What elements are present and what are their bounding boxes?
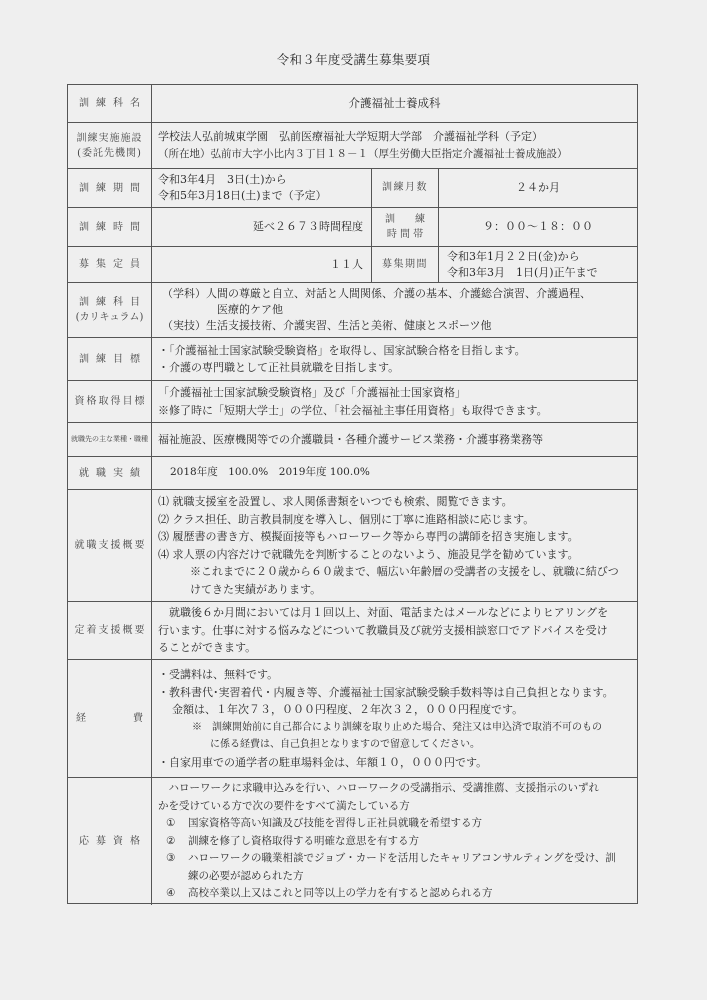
- label-curriculum: 訓練科目 (カリキュラム): [68, 283, 152, 337]
- row-jobs: 就職先の主な業種・職種 福祉施設、医療機関等での介護職員・各種介護サービス業務・…: [68, 422, 637, 456]
- label-facility-line2: (委託先機関): [77, 146, 142, 161]
- period-end: 令和5年3月18日(土)まで（予定）: [158, 188, 371, 204]
- row-capacity: 募集定員 １１人 募集期間 令和3年1月２２日(金)から 令和3年3月 1日(月…: [68, 246, 637, 282]
- value-retention: 就職後６か月間においては月１回以上、対面、電話またはメールなどによりヒアリングを…: [152, 602, 637, 659]
- curriculum-line: （学科）人間の尊厳と自立、対話と人間関係、介護の基本、介護総合演習、介護過程、: [162, 286, 631, 302]
- label-costs-left: 経: [76, 711, 86, 726]
- facility-name: 学校法人弘前城東学園 弘前医療福祉大学短期大学部 介護福祉学科（予定）: [158, 128, 631, 146]
- eligibility-intro: かを受けている方で次の要件をすべて満たしている方: [158, 798, 631, 816]
- goal-item: ・「介護福祉士国家試験受験資格」を取得し、国家試験合格を目指します。: [158, 342, 631, 360]
- support-note: ※これまでに２０歳から６０歳まで、幅広い年齢層の受講者の支援をし、就職に結びつ: [158, 563, 631, 581]
- eligibility-item: ④高校卒業以上又はこれと同等以上の学力を有すると認められる方: [158, 885, 631, 903]
- cost-amount: 金額は、１年次７３，０００円程度、２年次３２，０００円程度です。: [158, 701, 631, 719]
- recruit-start: 令和3年1月２２日(金)から: [447, 249, 637, 265]
- row-facility: 訓練実施施設 (委託先機関) 学校法人弘前城東学園 弘前医療福祉大学短期大学部 …: [68, 122, 637, 168]
- row-costs: 経 費 ・受講料は、無料です。 ・教科書代･実習着代・内履き等、介護福祉士国家試…: [68, 659, 637, 777]
- page-title: 令和３年度受講生募集要項: [0, 50, 707, 68]
- eligibility-text: 国家資格等高い知識及び技能を習得し正社員就職を希望する方: [188, 817, 482, 829]
- label-timeslot-line1: 訓 練: [385, 212, 425, 227]
- period-start: 令和3年4月 3日(土)から: [158, 172, 371, 188]
- label-goals: 訓練目標: [68, 338, 152, 380]
- eligibility-text: 高校卒業以上又はこれと同等以上の学力を有すると認められる方: [188, 887, 493, 899]
- value-course-name: 介護福祉士養成科: [152, 85, 637, 122]
- support-item: ⑵ クラス担任、助言教員制度を導入し、個別に丁寧に進路相談に応じます。: [158, 511, 631, 529]
- row-job-support: 就職支援概要 ⑴ 就職支援室を設置し、求人関係書類をいつでも検索、閲覧できます。…: [68, 489, 637, 601]
- value-results: 2018年度 100.0% 2019年度 100.0%: [152, 457, 637, 489]
- value-costs: ・受講料は、無料です。 ・教科書代･実習着代・内履き等、介護福祉士国家試験受験手…: [152, 660, 637, 777]
- curriculum-line: （実技）生活支援技術、介護実習、生活と美術、健康とスポーツ他: [162, 318, 631, 334]
- row-retention: 定着支援概要 就職後６か月間においては月１回以上、対面、電話またはメールなどによ…: [68, 601, 637, 659]
- eligibility-num: ①: [166, 815, 188, 833]
- label-months: 訓練月数: [372, 169, 439, 207]
- label-retention: 定着支援概要: [68, 602, 152, 659]
- eligibility-text: ハローワークの職業相談でジョブ・カードを活用したキャリアコンサルティングを受け、…: [188, 852, 616, 864]
- support-note: けてきた実績があります。: [158, 581, 631, 599]
- curriculum-text: 人間の尊厳と自立、対話と人間関係、介護の基本、介護総合演習、介護過程、: [206, 287, 591, 300]
- row-hours: 訓練時間 延べ２６７３時間程度 訓 練 時 間 帯 ９：００～１８：００: [68, 207, 637, 246]
- curriculum-tag: （実技）: [162, 319, 206, 332]
- eligibility-num: ④: [166, 885, 188, 903]
- cost-note: に係る経費は、自己負担となりますので留意してください。: [158, 736, 631, 754]
- support-item: ⑴ 就職支援室を設置し、求人関係書類をいつでも検索、閲覧できます。: [158, 493, 631, 511]
- retention-line: 就職後６か月間においては月１回以上、対面、電話またはメールなどによりヒアリングを: [158, 604, 631, 622]
- label-results: 就職実績: [68, 457, 152, 489]
- curriculum-line: 医療的ケア他: [162, 302, 631, 318]
- label-qualifications: 資格取得目標: [68, 381, 152, 422]
- cost-line: ・自家用車での通学者の駐車場料金は、年額１０，０００円です。: [158, 754, 631, 772]
- label-recruit-period: 募集期間: [372, 247, 439, 282]
- value-timeslot: ９：００～１８：００: [439, 208, 637, 246]
- label-facility-line1: 訓練実施施設: [77, 131, 143, 146]
- row-qualifications: 資格取得目標 「介護福祉士国家試験受験資格」及び「介護福祉士国家資格」 ※修了時…: [68, 380, 637, 422]
- eligibility-item: ②訓練を修了し資格取得する明確な意思を有する方: [158, 833, 631, 851]
- label-period: 訓練期間: [68, 169, 152, 207]
- qualification-line: 「介護福祉士国家試験受験資格」及び「介護福祉士国家資格」: [158, 384, 631, 402]
- label-costs-right: 費: [133, 711, 143, 726]
- row-goals: 訓練目標 ・「介護福祉士国家試験受験資格」を取得し、国家試験合格を目指します。 …: [68, 337, 637, 380]
- value-period: 令和3年4月 3日(土)から 令和5年3月18日(土)まで（予定）: [152, 169, 372, 207]
- value-capacity: １１人: [152, 247, 372, 282]
- row-course-name: 訓練科名 介護福祉士養成科: [68, 85, 637, 122]
- cost-line: ・受講料は、無料です。: [158, 666, 631, 684]
- value-goals: ・「介護福祉士国家試験受験資格」を取得し、国家試験合格を目指します。 ・介護の専…: [152, 338, 637, 380]
- label-facility: 訓練実施施設 (委託先機関): [68, 123, 152, 168]
- row-eligibility: 応募資格 ハローワークに求職申込みを行い、ハローワークの受講指示、受講推薦、支援…: [68, 777, 637, 905]
- facility-address: （所在地）弘前市大字小比内３丁目１８－１（厚生労働大臣指定介護福祉士養成施設）: [158, 146, 631, 164]
- curriculum-tag: （学科）: [162, 287, 206, 300]
- label-curriculum-line1: 訓練科目: [72, 295, 147, 310]
- value-qualifications: 「介護福祉士国家試験受験資格」及び「介護福祉士国家資格」 ※修了時に「短期大学士…: [152, 381, 637, 422]
- goal-item: ・介護の専門職として正社員就職を目指します。: [158, 359, 631, 377]
- label-costs: 経 費: [68, 660, 152, 777]
- eligibility-num: ②: [166, 833, 188, 851]
- qualification-line: ※修了時に「短期大学士」の学位、「社会福祉主事任用資格」も取得できます。: [158, 402, 631, 420]
- value-hours: 延べ２６７３時間程度: [152, 208, 372, 246]
- retention-line: 行います。仕事に対する悩みなどについて教職員及び就労支援相談窓口でアドバイスを受…: [158, 622, 631, 640]
- support-item: ⑷ 求人票の内容だけで就職先を判断することのないよう、施設見学を勧めています。: [158, 546, 631, 564]
- value-recruit-period: 令和3年1月２２日(金)から 令和3年3月 1日(月)正午まで: [439, 247, 637, 282]
- retention-line: ることができます。: [158, 639, 631, 657]
- value-eligibility: ハローワークに求職申込みを行い、ハローワークの受講指示、受講推薦、支援指示のいず…: [152, 778, 637, 905]
- label-timeslot: 訓 練 時 間 帯: [372, 208, 439, 246]
- cost-line: ・教科書代･実習着代・内履き等、介護福祉士国家試験受験手数料等は自己負担となりま…: [158, 684, 631, 702]
- row-curriculum: 訓練科目 (カリキュラム) （学科）人間の尊厳と自立、対話と人間関係、介護の基本…: [68, 282, 637, 337]
- eligibility-intro: ハローワークに求職申込みを行い、ハローワークの受講指示、受講推薦、支援指示のいず…: [158, 780, 631, 798]
- label-curriculum-line2: (カリキュラム): [76, 310, 144, 325]
- value-months: ２４か月: [439, 169, 637, 207]
- recruit-end: 令和3年3月 1日(月)正午まで: [447, 265, 637, 281]
- cost-note: ※ 訓練開始前に自己都合により訓練を取り止めた場合、発注又は申込済で取消不可のも…: [158, 719, 631, 737]
- recruitment-table: 訓練科名 介護福祉士養成科 訓練実施施設 (委託先機関) 学校法人弘前城東学園 …: [67, 84, 638, 904]
- support-item: ⑶ 履歴書の書き方、模擬面接等もハローワーク等から専門の講師を招き実施します。: [158, 528, 631, 546]
- eligibility-num: ③: [166, 850, 188, 868]
- eligibility-item-cont: 練の必要が認められた方: [158, 868, 631, 886]
- label-eligibility: 応募資格: [68, 778, 152, 905]
- label-hours: 訓練時間: [68, 208, 152, 246]
- eligibility-item: ③ハローワークの職業相談でジョブ・カードを活用したキャリアコンサルティングを受け…: [158, 850, 631, 868]
- eligibility-item: ①国家資格等高い知識及び技能を習得し正社員就職を希望する方: [158, 815, 631, 833]
- eligibility-text: 訓練を修了し資格取得する明確な意思を有する方: [188, 835, 419, 847]
- row-period: 訓練期間 令和3年4月 3日(土)から 令和5年3月18日(土)まで（予定） 訓…: [68, 168, 637, 207]
- value-facility: 学校法人弘前城東学園 弘前医療福祉大学短期大学部 介護福祉学科（予定） （所在地…: [152, 123, 637, 168]
- value-curriculum: （学科）人間の尊厳と自立、対話と人間関係、介護の基本、介護総合演習、介護過程、 …: [152, 283, 637, 337]
- label-jobs: 就職先の主な業種・職種: [68, 423, 152, 456]
- value-job-support: ⑴ 就職支援室を設置し、求人関係書類をいつでも検索、閲覧できます。 ⑵ クラス担…: [152, 490, 637, 601]
- curriculum-text: 生活支援技術、介護実習、生活と美術、健康とスポーツ他: [206, 319, 492, 332]
- label-job-support: 就職支援概要: [68, 490, 152, 601]
- row-results: 就職実績 2018年度 100.0% 2019年度 100.0%: [68, 456, 637, 489]
- value-jobs: 福祉施設、医療機関等での介護職員・各種介護サービス業務・介護事務業務等: [152, 423, 637, 456]
- label-course-name: 訓練科名: [68, 85, 152, 122]
- label-capacity: 募集定員: [68, 247, 152, 282]
- label-timeslot-line2: 時 間 帯: [387, 227, 423, 242]
